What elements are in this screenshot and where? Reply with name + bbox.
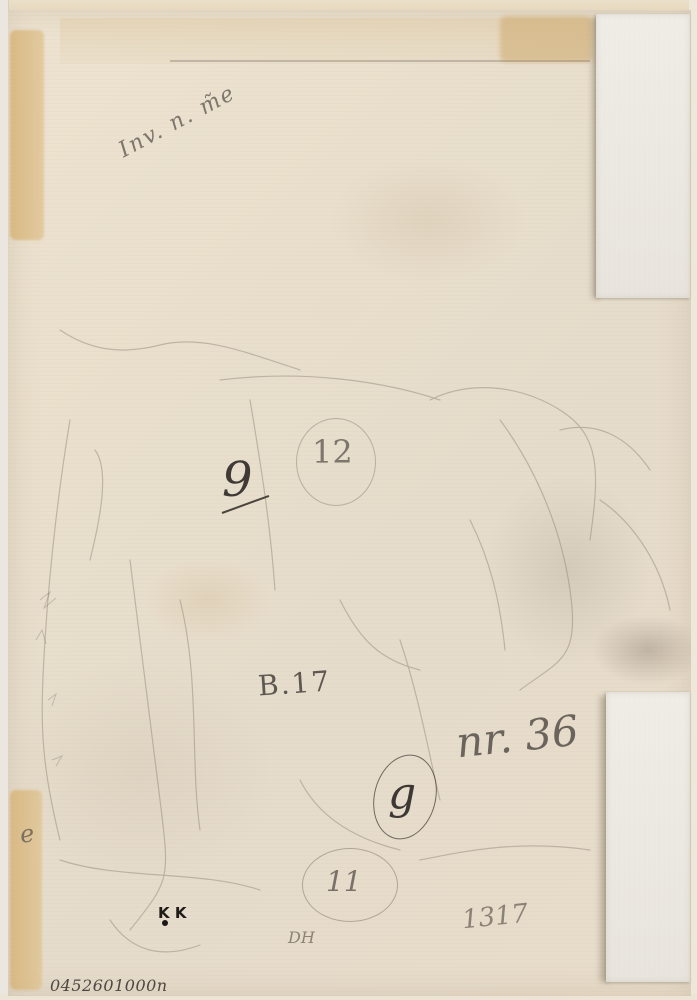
stamp-dot-icon <box>162 920 168 926</box>
initials-annotation: DH <box>288 930 315 946</box>
number-1317-annotation: 1317 <box>461 901 530 934</box>
hinge-tape-top <box>596 14 690 298</box>
circled-eleven-annotation: 11 <box>326 868 362 896</box>
inventory-number: 0452601000n <box>50 978 168 994</box>
nr-number-annotation: nr. 36 <box>454 710 580 765</box>
hinge-tape-bottom <box>606 692 690 982</box>
circled-twelve-annotation: 12 <box>312 436 353 468</box>
circled-g-annotation: g <box>388 772 416 816</box>
collection-stamp: K K <box>158 906 186 921</box>
number-nine-annotation: 9 <box>222 456 253 504</box>
scanned-drawing-verso: Inv. n. m̃e 9 12 B.17 nr. 36 g 11 K K DH… <box>0 0 697 1000</box>
catalog-reference-annotation: B.17 <box>257 667 332 700</box>
